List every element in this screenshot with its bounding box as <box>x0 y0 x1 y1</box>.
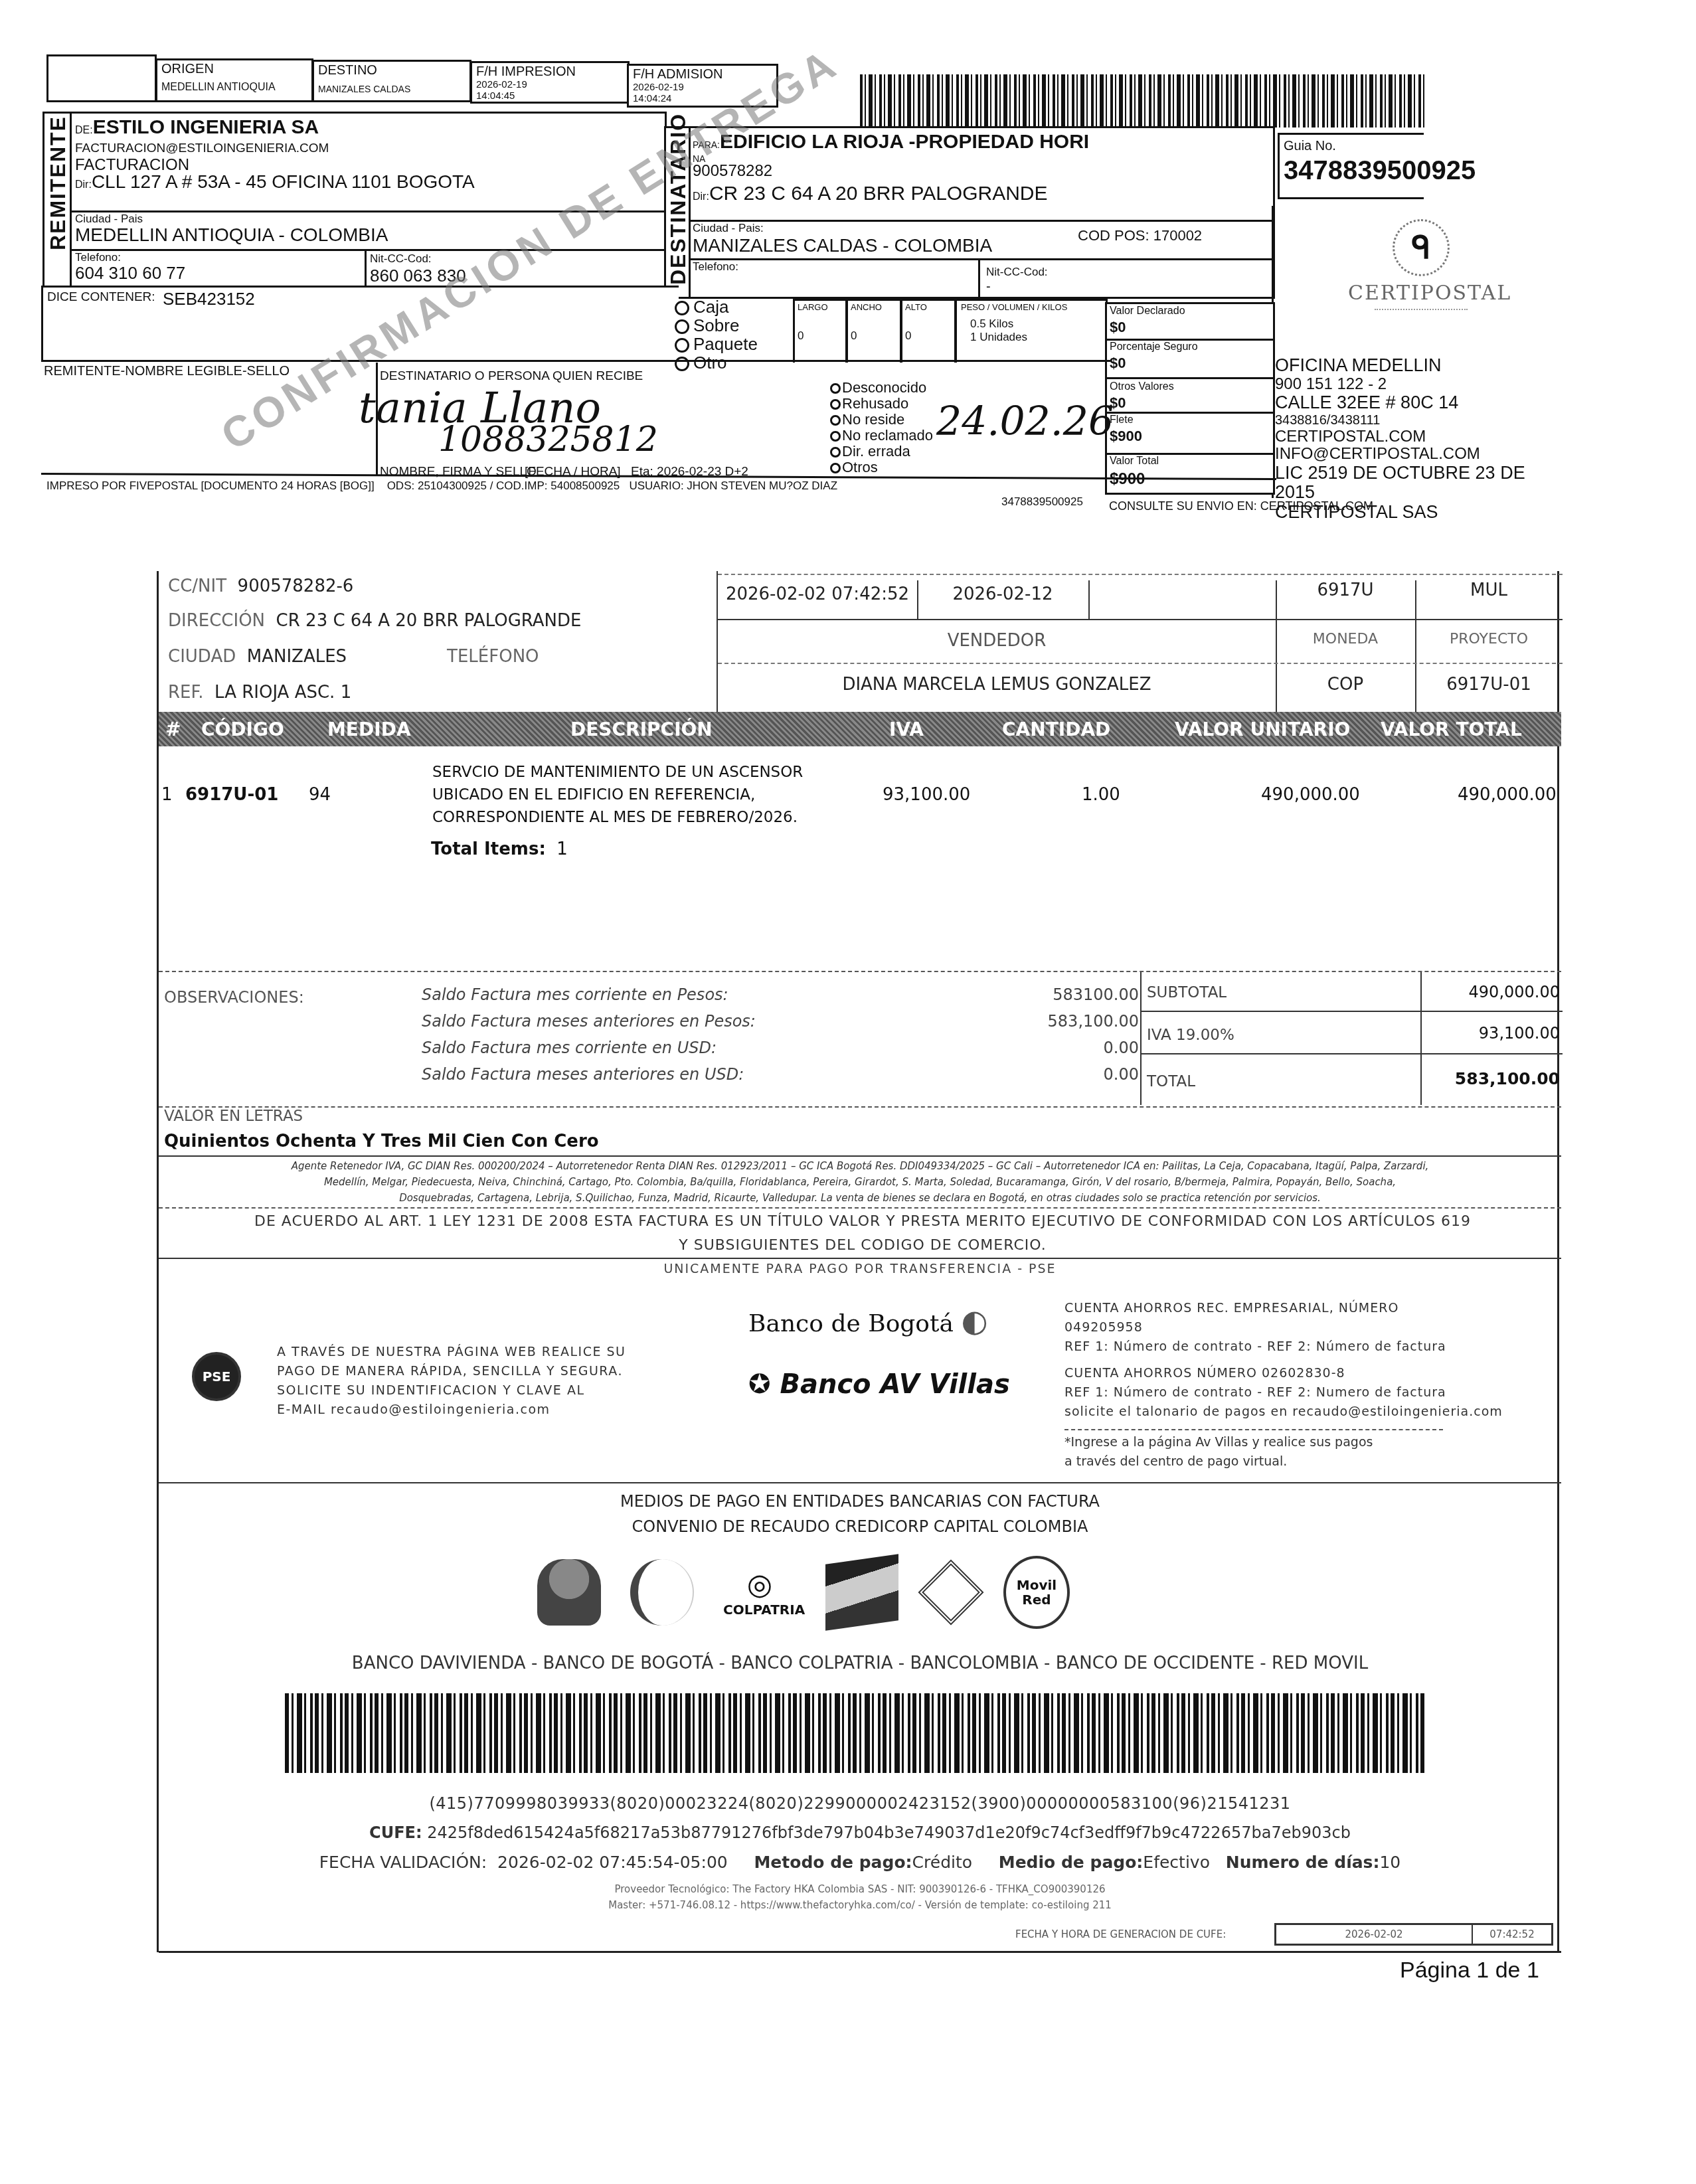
porcentaje-seguro: $0 <box>1110 355 1126 372</box>
radio-icon <box>675 357 689 371</box>
cufe-value: 2425f8ded615424a5f68217a53b87791276fbf3d… <box>427 1823 1351 1842</box>
banco-bogota-swirl-icon: ◐ <box>961 1303 987 1339</box>
shipping-label: ORIGEN MEDELLIN ANTIOQUIA DESTINO MANIZA… <box>0 0 1696 531</box>
item-iva: 93,100.00 <box>883 785 970 805</box>
certipostal-circle-icon: ᑫ <box>1393 219 1450 276</box>
proyecto-label: PROYECTO <box>1415 631 1563 647</box>
dir-label: Dir: <box>75 179 92 191</box>
client-direccion: DIRECCIÓN CR 23 C 64 A 20 BRR PALOGRANDE <box>168 611 582 631</box>
item-num: 1 <box>161 785 173 805</box>
de-name: ESTILO INGENIERIA SA <box>93 116 319 138</box>
para-nit-label: Nit-CC-Cod: <box>986 266 1048 279</box>
handwritten-date: 24.02.26 <box>936 398 1114 445</box>
proveedor-line2: Master: +571-746.08.12 - https://www.the… <box>159 1899 1561 1911</box>
porcentaje-seguro-label: Porcentaje Seguro <box>1110 341 1198 353</box>
client-telefono-label: TELÉFONO <box>447 647 539 667</box>
tipo: MUL <box>1415 580 1563 600</box>
de-email: FACTURACION@ESTILOINGENIERIA.COM <box>75 141 329 156</box>
radio-icon <box>675 301 689 315</box>
ancho-label: ANCHO <box>851 302 897 312</box>
radio-icon <box>830 463 841 473</box>
legal-small: Agente Retenedor IVA, GC DIAN Res. 00020… <box>159 1158 1561 1206</box>
radio-icon <box>675 319 689 334</box>
origen-cell: ORIGEN MEDELLIN ANTIOQUIA <box>155 58 313 102</box>
blank-cell <box>46 54 157 102</box>
cufe-gen-label: FECHA Y HORA DE GENERACION DE CUFE: <box>1015 1928 1226 1940</box>
item-valor-unitario: 490,000.00 <box>1261 785 1360 805</box>
banco-av-villas-logo: ✪ Banco AV Villas <box>748 1369 1010 1400</box>
footer-impreso: IMPRESO POR FIVEPOSTAL [DOCUMENTO 24 HOR… <box>46 479 375 492</box>
devolucion-option[interactable]: Otros <box>830 460 933 475</box>
invoice-barcode <box>285 1693 1427 1773</box>
ancho-cell: ANCHO 0 <box>846 299 902 363</box>
client-ciudad: CIUDAD MANIZALES <box>168 647 347 667</box>
col-cantidad: CANTIDAD <box>1002 718 1110 740</box>
de-ciudad: MEDELLIN ANTIOQUIA - COLOMBIA <box>75 225 388 246</box>
peso-label: PESO / VOLUMEN / KILOS <box>961 302 1102 312</box>
item-cantidad: 1.00 <box>1082 785 1120 805</box>
de-label: DE: <box>75 125 93 136</box>
radio-icon <box>830 399 841 410</box>
guia-number: 3478839500925 <box>1284 156 1420 186</box>
bancolombia-logo-icon <box>825 1554 898 1630</box>
item-codigo: 6917U-01 <box>185 785 278 805</box>
destino-cell: DESTINO MANIZALES CALDAS <box>312 60 471 102</box>
radio-icon <box>830 447 841 458</box>
item-descripcion: SERVCIO DE MANTENIMIENTO DE UN ASCENSOR … <box>432 761 803 829</box>
destino-value: MANIZALES CALDAS <box>318 84 466 94</box>
alto-value: 0 <box>905 329 952 343</box>
de-telefono-label: Telefono: <box>75 252 121 264</box>
bancos-title1: MEDIOS DE PAGO EN ENTIDADES BANCARIAS CO… <box>159 1489 1561 1514</box>
para-name: EDIFICIO LA RIOJA -PROPIEDAD HORI <box>720 131 1089 153</box>
otros-valores-label: Otros Valores <box>1110 381 1174 393</box>
invoice: CC/NIT 900578282-6 DIRECCIÓN CR 23 C 64 … <box>157 571 1559 1952</box>
destinatario-firma-label: DESTINATARIO O PERSONA QUIEN RECIBE <box>380 369 643 384</box>
office-line: CALLE 32EE # 80C 14 <box>1275 393 1541 413</box>
devolucion-option[interactable]: Desconocido <box>830 380 933 396</box>
destinatario-block: DESTINATARIO PARA:EDIFICIO LA RIOJA -PRO… <box>664 126 1275 299</box>
valor-letras: Quinientos Ochenta Y Tres Mil Cien Con C… <box>164 1132 599 1151</box>
fh-impresion-time: 14:04:45 <box>476 90 624 102</box>
para-nit: - <box>986 280 991 294</box>
occidente-logo-icon <box>918 1560 984 1626</box>
client-ref: REF. LA RIOJA ASC. 1 <box>168 683 351 703</box>
para-telefono-label: Telefono: <box>693 261 738 274</box>
fh-impresion-label: F/H IMPRESION <box>476 64 624 79</box>
peso-cell: PESO / VOLUMEN / KILOS 0.5 Kilos 1 Unida… <box>955 299 1108 363</box>
office-line: LIC 2519 DE OCTUBRE 23 DE 2015 <box>1275 463 1541 503</box>
certipostal-logo: ᑫ CERTIPOSTAL <box>1348 219 1494 325</box>
devolucion-option[interactable]: No reclamado <box>830 428 933 444</box>
table-row: 1 6917U-01 94 SERVCIO DE MANTENIMIENTO D… <box>159 757 1561 837</box>
vendedor: DIANA MARCELA LEMUS GONZALEZ <box>718 675 1276 695</box>
page-number: Página 1 de 1 <box>1400 1958 1539 1983</box>
pse-text: A TRAVÉS DE NUESTRA PÁGINA WEB REALICE S… <box>277 1343 626 1420</box>
invoice-meta: 2026-02-02 07:42:52 2026-02-12 6917U MUL… <box>717 571 1561 712</box>
guia-label: Guia No. <box>1284 139 1420 153</box>
bancos-titles: MEDIOS DE PAGO EN ENTIDADES BANCARIAS CO… <box>159 1489 1561 1539</box>
col-descripcion: DESCRIPCIÓN <box>570 718 713 740</box>
colpatria-logo-icon: ◎COLPATRIA <box>723 1568 796 1618</box>
guia-cell: Guia No. 3478839500925 <box>1278 133 1424 199</box>
handwritten-id: 1088325812 <box>438 420 658 460</box>
package-option[interactable]: Sobre <box>675 316 758 335</box>
bancos-title2: CONVENIO DE RECAUDO CREDICORP CAPITAL CO… <box>159 1514 1561 1539</box>
largo-cell: LARGO 0 <box>793 299 847 363</box>
codigo: 6917U <box>1276 580 1415 600</box>
moneda: COP <box>1276 675 1415 695</box>
validation-line: FECHA VALIDACIÓN: 2026-02-02 07:45:54-05… <box>159 1853 1561 1872</box>
col-medida: MEDIDA <box>327 718 411 740</box>
flete: $900 <box>1110 428 1142 445</box>
col-valor-unitario: VALOR UNITARIO <box>1175 718 1350 740</box>
fecha-vencimiento: 2026-02-12 <box>917 584 1088 604</box>
office-line: INFO@CERTIPOSTAL.COM <box>1275 446 1541 463</box>
red-movil-logo-icon: Movil Red <box>1003 1556 1070 1629</box>
barcode-text: (415)7709998039933(8020)00023224(8020)22… <box>159 1794 1561 1813</box>
banco-bogota-logo-icon <box>630 1559 694 1626</box>
valor-total-label: Valor Total <box>1110 456 1159 467</box>
moneda-label: MONEDA <box>1276 631 1415 647</box>
bank-logos: ◎COLPATRIA Movil Red <box>537 1553 1201 1632</box>
para-ciudad: MANIZALES CALDAS - COLOMBIA <box>693 236 992 256</box>
valor-letras-label: VALOR EN LETRAS <box>164 1108 303 1125</box>
cufe-line: CUFE: 2425f8ded615424a5f68217a53b8779127… <box>159 1823 1561 1842</box>
para-dir: CR 23 C 64 A 20 BRR PALOGRANDE <box>709 183 1048 205</box>
dice-contener-label: DICE CONTENER: <box>47 290 155 305</box>
package-option[interactable]: Paquete <box>675 335 758 353</box>
office-line: CERTIPOSTAL.COM <box>1275 428 1541 446</box>
largo-value: 0 <box>798 329 843 343</box>
bank1-info: CUENTA AHORROS REC. EMPRESARIAL, NÚMERO … <box>1064 1299 1446 1357</box>
origen-value: MEDELLIN ANTIOQUIA <box>161 82 307 94</box>
items-table-header: # CÓDIGO MEDIDA DESCRIPCIÓN IVA CANTIDAD… <box>159 712 1561 746</box>
cufe-gen-box: 2026-02-02 07:42:52 <box>1274 1923 1553 1946</box>
banco-bogota-logo: Banco de Bogotá ◐ <box>748 1303 988 1339</box>
cufe-gen-time: 07:42:52 <box>1473 1925 1551 1944</box>
de-nit-label: Nit-CC-Cod: <box>370 253 432 266</box>
saldo-row: Saldo Factura meses anteriores en USD:0.… <box>422 1061 1139 1088</box>
certipostal-brand: CERTIPOSTAL <box>1348 282 1494 305</box>
nombre-firma-label: NOMBRE, FIRMA Y SELLO <box>380 465 537 479</box>
total-items: Total Items: 1 <box>431 839 568 859</box>
office-info: OFICINA MEDELLIN 900 151 122 - 2 CALLE 3… <box>1275 356 1541 523</box>
guia-barcode <box>860 74 1424 127</box>
values-column: Valor Declarado $0 Porcentaje Seguro $0 … <box>1105 302 1275 495</box>
office-line: OFICINA MEDELLIN <box>1275 356 1541 376</box>
valor-declarado-label: Valor Declarado <box>1110 305 1185 317</box>
vendedor-label: VENDEDOR <box>718 631 1276 651</box>
saldo-row: Saldo Factura meses anteriores en Pesos:… <box>422 1008 1139 1035</box>
package-option[interactable]: Caja <box>675 297 758 316</box>
iva-label: IVA 19.00% <box>1147 1027 1234 1044</box>
total-value: 583,100.00 <box>1455 1069 1560 1088</box>
pse-title: UNICAMENTE PARA PAGO POR TRANSFERENCIA -… <box>159 1262 1561 1276</box>
av-villas-note: *Ingrese a la página Av Villas y realice… <box>1064 1433 1373 1471</box>
remitente-title: REMITENTE <box>46 114 70 253</box>
largo-label: LARGO <box>798 302 843 312</box>
bancos-list: BANCO DAVIVIENDA - BANCO DE BOGOTÁ - BAN… <box>159 1653 1561 1673</box>
radio-icon <box>675 338 689 353</box>
fh-admision-label: F/H ADMISION <box>633 67 772 82</box>
footer-consulte: CONSULTE SU ENVIO EN: CERTIPOSTAL.COM <box>1109 499 1373 513</box>
radio-icon <box>830 383 841 394</box>
alto-label: ALTO <box>905 302 952 312</box>
peso-unidades: 1 Unidades <box>961 331 1102 344</box>
item-valor-total: 490,000.00 <box>1458 785 1557 805</box>
subtotal-value: 490,000.00 <box>1469 983 1560 1001</box>
devolucion-options: Desconocido Rehusado No reside No reclam… <box>830 380 933 475</box>
de-ciudad-label: Ciudad - Pais <box>75 213 143 226</box>
footer-ods: ODS: 25104300925 / COD.IMP: 54008500925 <box>387 479 620 492</box>
subtotal-label: SUBTOTAL <box>1147 984 1227 1001</box>
cod-pos: COD POS: 170002 <box>1078 228 1202 244</box>
footer-guia: 3478839500925 <box>1001 495 1083 509</box>
office-line: 3438816/3438111 <box>1275 413 1541 428</box>
ancho-value: 0 <box>851 329 897 343</box>
legal-title: DE ACUERDO AL ART. 1 LEY 1231 DE 2008 ES… <box>252 1210 1474 1258</box>
saldo-row: Saldo Factura mes corriente en USD:0.00 <box>422 1035 1139 1061</box>
de-dir: CLL 127 A # 53A - 45 OFICINA 1101 BOGOTA <box>92 171 475 192</box>
devolucion-option[interactable]: No reside <box>830 412 933 428</box>
fh-impresion-cell: F/H IMPRESION 2026-02-19 14:04:45 <box>470 61 630 104</box>
office-line: 900 151 122 - 2 <box>1275 376 1541 393</box>
alto-cell: ALTO 0 <box>900 299 956 363</box>
valor-declarado: $0 <box>1110 319 1126 336</box>
remitente-firma-label: REMITENTE-NOMBRE LEGIBLE-SELLO <box>44 364 290 379</box>
footer-usuario: USUARIO: JHON STEVEN MU?OZ DIAZ <box>629 479 837 492</box>
dice-contener-value: SEB423152 <box>163 289 255 309</box>
proveedor-line1: Proveedor Tecnológico: The Factory HKA C… <box>159 1883 1561 1895</box>
bank2-info: CUENTA AHORROS NÚMERO 02602830-8 REF 1: … <box>1064 1364 1503 1422</box>
fh-impresion-date: 2026-02-19 <box>476 79 624 90</box>
fecha-emision: 2026-02-02 07:42:52 <box>718 584 917 604</box>
total-label: TOTAL <box>1147 1073 1195 1090</box>
radio-icon <box>830 431 841 442</box>
destino-label: DESTINO <box>318 63 466 78</box>
client-nit: CC/NIT 900578282-6 <box>168 576 353 596</box>
davivienda-logo-icon <box>537 1559 601 1626</box>
para-dir-label: Dir: <box>693 191 709 203</box>
de-telefono: 604 310 60 77 <box>75 264 185 283</box>
devolucion-option[interactable]: Dir. errada <box>830 444 933 460</box>
item-medida: 94 <box>309 785 331 805</box>
observaciones-label: OBSERVACIONES: <box>164 988 304 1007</box>
para-ciudad-label: Ciudad - Pais: <box>693 222 764 235</box>
proyecto: 6917U-01 <box>1415 675 1563 695</box>
av-villas-icon: ✪ <box>748 1369 771 1400</box>
col-iva: IVA <box>889 718 924 740</box>
peso-kilos: 0.5 Kilos <box>961 317 1102 331</box>
iva-value: 93,100.00 <box>1479 1024 1560 1043</box>
cufe-gen-date: 2026-02-02 <box>1276 1925 1473 1944</box>
saldo-row: Saldo Factura mes corriente en Pesos:583… <box>422 981 1139 1008</box>
pse-logo-icon: PSE <box>192 1352 241 1401</box>
col-valor-total: VALOR TOTAL <box>1381 718 1522 740</box>
col-codigo: CÓDIGO <box>201 718 284 740</box>
package-option[interactable]: Otro <box>675 353 758 372</box>
radio-icon <box>830 415 841 426</box>
origen-label: ORIGEN <box>161 62 307 76</box>
footer-line: IMPRESO POR FIVEPOSTAL [DOCUMENTO 24 HOR… <box>46 479 837 493</box>
devolucion-option[interactable]: Rehusado <box>830 396 933 412</box>
fecha-hora-label: [FECHA / HORA] <box>525 465 621 479</box>
col-num: # <box>165 718 181 740</box>
totals-box: SUBTOTAL 490,000.00 IVA 19.00% 93,100.00… <box>1140 972 1561 1105</box>
